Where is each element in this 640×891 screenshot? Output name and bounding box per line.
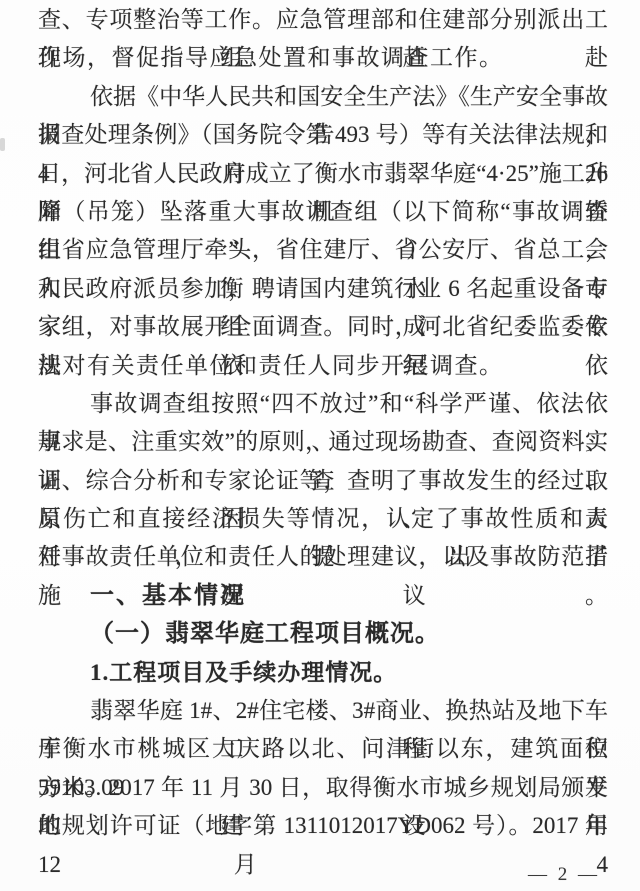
document-line: 厢（吊笼）坠落重大事故调查组（以下简称“事故调查组”）， (38, 193, 608, 231)
document-line: 依据《中华人民共和国安全生产法》《生产安全事故报告和 (38, 78, 608, 116)
document-line: 地规划许可证（地字第 1311012017YD062 号）。2017 年 12 … (38, 807, 608, 845)
document-line: 事故调查组按照“四不放过”和“科学严谨、依法依规、实 (38, 385, 608, 423)
document-line: 查、专项整治等工作。应急管理部和住建部分别派出工作组赶赴 (38, 1, 608, 39)
document-line: 于衡水市桃城区大庆路以北、问津街以东，建筑面积 59103.09 平 (38, 730, 608, 768)
scan-edge-artifact (0, 138, 5, 151)
document-body: 查、专项整治等工作。应急管理部和住建部分别派出工作组赶赴 现场，督促指导应急处置… (38, 1, 608, 846)
section-heading-level2: （一）翡翠华庭工程项目概况。 (38, 615, 608, 653)
scanned-document-page: 查、专项整治等工作。应急管理部和住建部分别派出工作组赶赴 现场，督促指导应急处置… (0, 0, 640, 891)
document-line: 员伤亡和直接经济损失等情况，认定了事故性质和责任，提出了 (38, 500, 608, 538)
document-line: 事求是、注重实效”的原则，通过现场勘查、查阅资料、调查取 (38, 423, 608, 461)
document-line: 对事故责任单位和责任人的处理建议，以及事故防范措施建议。 (38, 538, 608, 576)
page-number: — 2 — (528, 864, 600, 886)
section-heading-level3: 1.工程项目及手续办理情况。 (38, 654, 608, 692)
document-line: 证、综合分析和专家论证等，查明了事故发生的经过、原因、人 (38, 462, 608, 500)
document-line: 日，河北省人民政府成立了衡水市翡翠华庭“4·25”施工升降机轿 (38, 155, 608, 193)
document-line: 由省应急管理厅牵头，省住建厅、省公安厅、省总工会和衡水市 (38, 231, 608, 269)
document-line: 方米。2017 年 11 月 30 日，取得衡水市城乡规划局颁发的建设用 (38, 769, 608, 807)
document-line: 家组，对事故展开全面调查。同时，河北省纪委监委依规依纪依 (38, 308, 608, 346)
document-line: 调查处理条例》（国务院令第 493 号）等有关法律法规，4 月 26 (38, 116, 608, 154)
document-line: 翡翠华庭 1#、2#住宅楼、3#商业、换热站及地下车库工程位 (38, 692, 608, 730)
document-line: 人民政府派员参加，聘请国内建筑行业 6 名起重设备专家组成专 (38, 270, 608, 308)
